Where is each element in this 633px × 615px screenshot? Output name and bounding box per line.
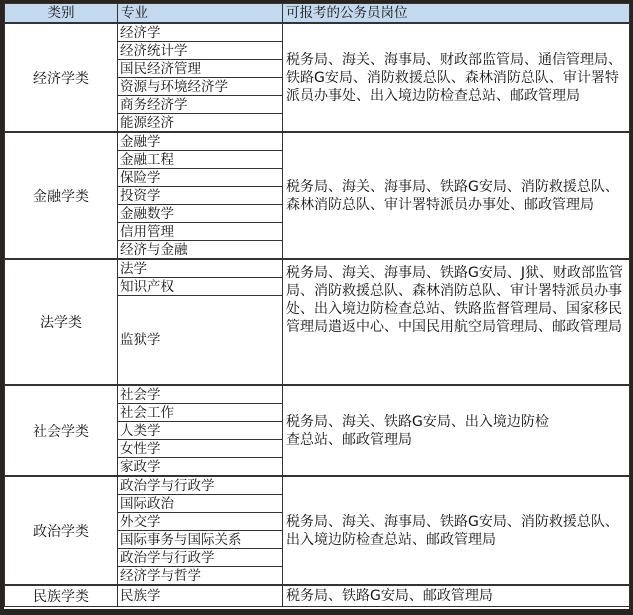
major-cell: 保险学: [118, 169, 283, 187]
major-cell: 能源经济: [118, 114, 283, 133]
positions-cell: 税务局、海关、铁路G安局、出入境边防检查总站、邮政管理局: [283, 385, 630, 476]
category-cell: 社会学类: [5, 385, 118, 476]
major-cell: 信用管理: [118, 223, 283, 241]
major-cell: 国际政治: [118, 495, 283, 513]
major-cell: 投资学: [118, 187, 283, 205]
table-row: 金融学类 金融学 税务局、海关、海事局、铁路G安局、消防救援总队、森林消防总队、…: [5, 132, 630, 151]
major-cell: 人类学: [118, 422, 283, 440]
table-row: 法学类 法学 税务局、海关、海事局、铁路G安局、J狱、财政部监管局、消防救援总队…: [5, 259, 630, 278]
major-cell: 经济与金融: [118, 241, 283, 260]
major-cell: 国民经济管理: [118, 60, 283, 78]
positions-cell: 税务局、海关、海事局、铁路G安局、消防救援总队、出入境边防检查总站、邮政管理局: [283, 476, 630, 585]
major-cell: 家政学: [118, 458, 283, 477]
major-cell: 政治学与行政学: [118, 549, 283, 567]
major-cell: 法学: [118, 259, 283, 278]
major-cell: 社会工作: [118, 404, 283, 422]
major-cell: 金融工程: [118, 151, 283, 169]
major-cell: 商务经济学: [118, 96, 283, 114]
category-cell: 法学类: [5, 259, 118, 385]
header-row: 类别 专业 可报考的公务员岗位: [5, 4, 630, 24]
header-category: 类别: [5, 4, 118, 24]
major-cell: 社会学: [118, 385, 283, 404]
major-cell: 资源与环境经济学: [118, 78, 283, 96]
positions-cell: 税务局、铁路G安局、邮政管理局: [283, 585, 630, 607]
table-row: 社会学类 社会学 税务局、海关、铁路G安局、出入境边防检查总站、邮政管理局: [5, 385, 630, 404]
header-major: 专业: [118, 4, 283, 24]
table-row: 政治学类 政治学与行政学 税务局、海关、海事局、铁路G安局、消防救援总队、出入境…: [5, 476, 630, 495]
major-cell: 外交学: [118, 513, 283, 531]
major-cell: 民族学: [118, 585, 283, 607]
category-cell: 民族学类: [5, 585, 118, 607]
major-cell: 女性学: [118, 440, 283, 458]
civil-service-majors-table: 类别 专业 可报考的公务员岗位 经济学类 经济学 税务局、海关、海事局、财政部监…: [4, 3, 629, 609]
category-cell: 金融学类: [5, 132, 118, 259]
major-cell: 金融学: [118, 132, 283, 151]
major-cell: 政治学与行政学: [118, 476, 283, 495]
positions-cell: 税务局、海关、海事局、铁路G安局、消防救援总队、森林消防总队、审计署特派员办事处…: [283, 132, 630, 259]
table-row: 民族学类 民族学 税务局、铁路G安局、邮政管理局: [5, 585, 630, 607]
positions-cell: 税务局、海关、海事局、铁路G安局、J狱、财政部监管局、消防救援总队、森林消防总队…: [283, 259, 630, 385]
category-cell: 政治学类: [5, 476, 118, 585]
major-cell: 监狱学: [118, 296, 283, 386]
major-cell: 金融数学: [118, 205, 283, 223]
major-cell: 知识产权: [118, 278, 283, 296]
major-cell: 国际事务与国际关系: [118, 531, 283, 549]
major-cell: 经济学与哲学: [118, 567, 283, 586]
category-cell: 经济学类: [5, 23, 118, 132]
header-positions: 可报考的公务员岗位: [283, 4, 630, 24]
major-cell: 经济学: [118, 23, 283, 42]
major-cell: 经济统计学: [118, 42, 283, 60]
positions-cell: 税务局、海关、海事局、财政部监管局、通信管理局、铁路G安局、消防救援总队、森林消…: [283, 23, 630, 132]
table-row: 经济学类 经济学 税务局、海关、海事局、财政部监管局、通信管理局、铁路G安局、消…: [5, 23, 630, 42]
